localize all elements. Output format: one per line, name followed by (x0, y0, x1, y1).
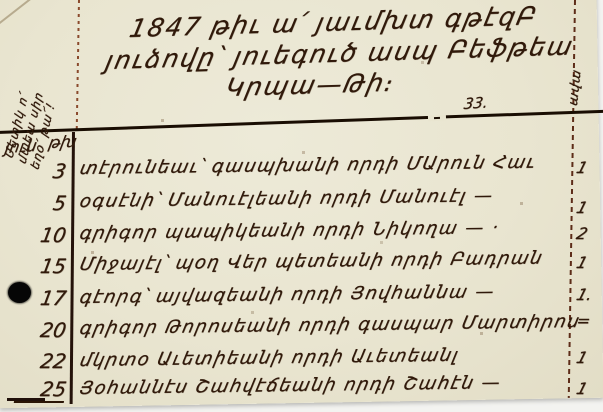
row-tally: 1 (574, 253, 603, 272)
row-day: 17 (14, 286, 68, 310)
paper-speckles (0, 0, 1, 1)
row-tally: 1 (574, 198, 603, 217)
scanned-manuscript-page: Մետիկ ո՛ մաեա սիր եղօ՛ թա՜! 1847 թիւ ա՛ … (0, 0, 603, 412)
row-day: 20 (14, 318, 68, 342)
row-day: 10 (14, 223, 68, 247)
row-day: 15 (14, 254, 68, 278)
row-day: 25 (14, 377, 69, 403)
number-column-label: թխ (47, 131, 78, 152)
row-day: 5 (14, 191, 68, 215)
row-tally: 1. (574, 285, 603, 304)
month-label: յուն (3, 136, 38, 157)
header-rule-dash (434, 117, 440, 119)
row-tally: 1 (574, 379, 603, 398)
row-tally: 2 (574, 224, 603, 243)
page-number: 33. (463, 93, 489, 113)
row-tally: 1 (574, 158, 603, 177)
row-day: 22 (14, 349, 68, 373)
row-day: 3 (14, 159, 68, 183)
row-tally: 1 (574, 348, 603, 367)
header-line-3: Կրպա—Թի։ (223, 68, 399, 103)
row-tally: = (574, 311, 603, 330)
